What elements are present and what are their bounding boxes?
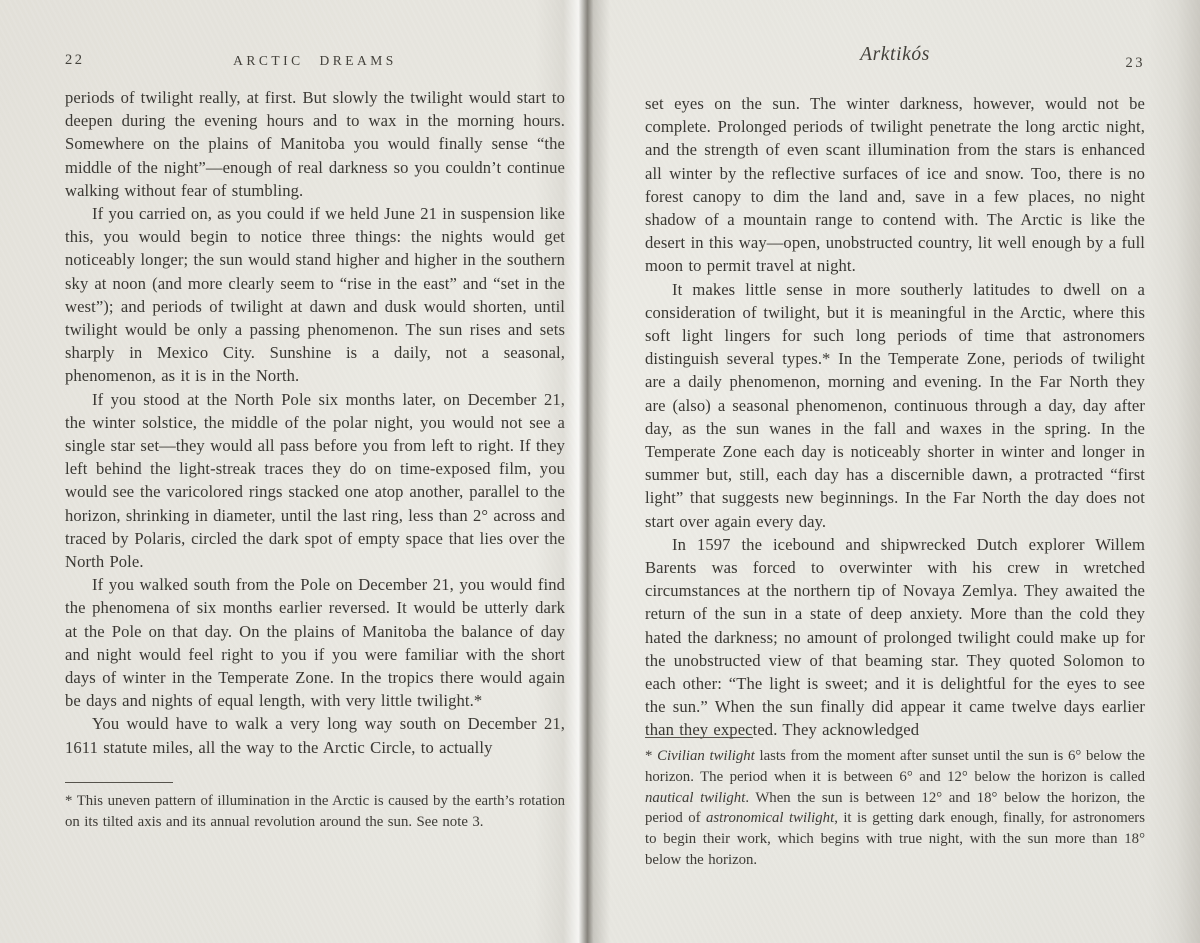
footnote-text: * This uneven pattern of illumination in… (65, 793, 565, 830)
paragraph: set eyes on the sun. The winter darkness… (645, 92, 1145, 278)
right-page-footnote-block: * Civilian twilight lasts from the momen… (645, 737, 1145, 871)
paragraph: periods of twilight really, at first. Bu… (65, 86, 565, 202)
footnote-italic-term: Civilian twilight (657, 748, 755, 764)
paragraph: If you carried on, as you could if we he… (65, 202, 565, 388)
right-page-header: Arktikós 23 (645, 44, 1145, 78)
page-number-left: 22 (65, 52, 85, 69)
left-page-footnote-block: * This uneven pattern of illumination in… (65, 782, 565, 833)
right-page: Arktikós 23 set eyes on the sun. The win… (645, 0, 1145, 943)
paragraph: You would have to walk a very long way s… (65, 712, 565, 758)
right-page-body: set eyes on the sun. The winter darkness… (645, 92, 1145, 742)
paragraph: In 1597 the icebound and shipwrecked Dut… (645, 533, 1145, 742)
running-head-right: Arktikós (645, 44, 1145, 66)
paragraph: If you stood at the North Pole six month… (65, 388, 565, 574)
running-head-left: ARCTIC DREAMS (65, 50, 565, 69)
footnote-rule (645, 737, 753, 738)
page-number-right: 23 (1126, 55, 1146, 72)
footnote-rule (65, 782, 173, 783)
left-page: 22 ARCTIC DREAMS periods of twilight rea… (65, 0, 565, 943)
page-edge-shadow (1148, 0, 1200, 943)
paragraph: If you walked south from the Pole on Dec… (65, 573, 565, 712)
footnote-italic-term: nautical twilight (645, 790, 745, 806)
left-page-header: 22 ARCTIC DREAMS (65, 50, 565, 84)
paragraph: It makes little sense in more southerly … (645, 278, 1145, 533)
footnote-right: * Civilian twilight lasts from the momen… (645, 746, 1145, 871)
footnote-left: * This uneven pattern of illumination in… (65, 791, 565, 833)
footnote-italic-term: astronomical twilight (706, 810, 834, 826)
left-page-body: periods of twilight really, at first. Bu… (65, 86, 565, 759)
footnote-text: * (645, 748, 657, 764)
